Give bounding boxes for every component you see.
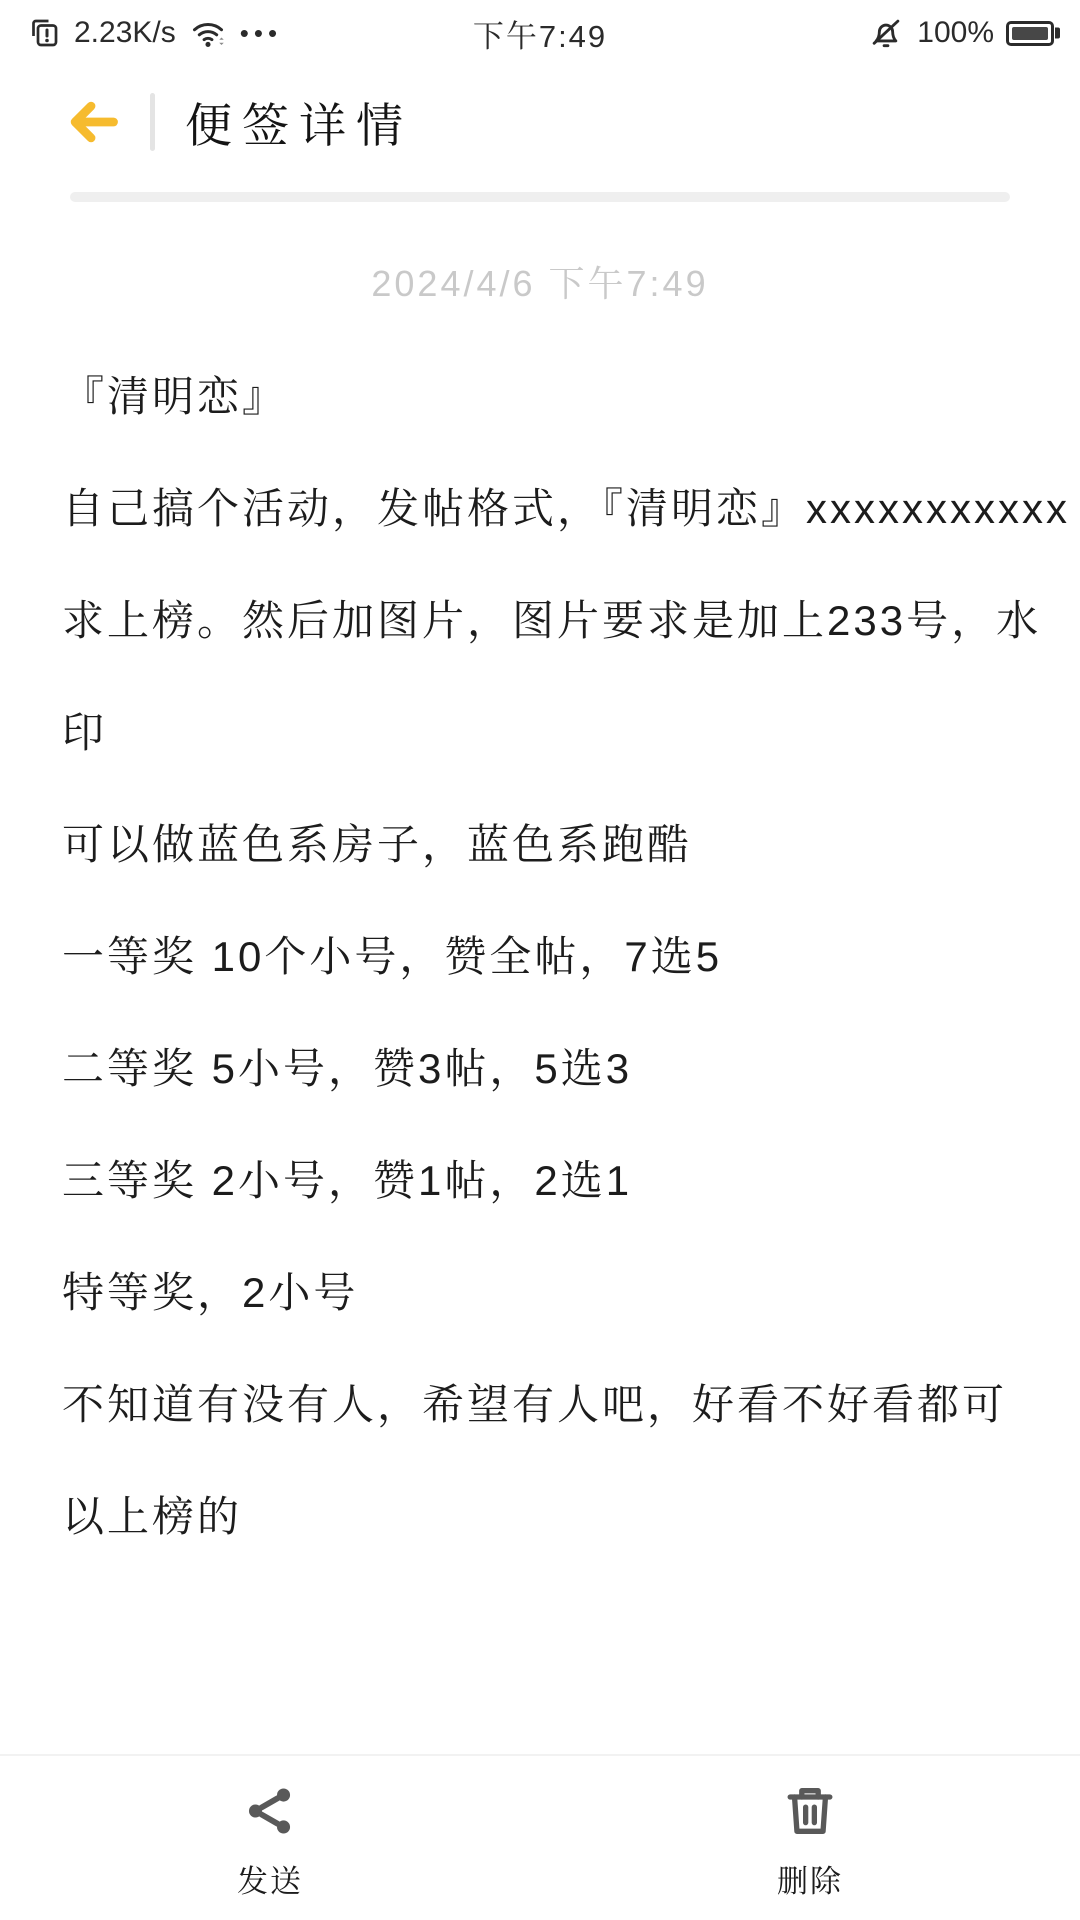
battery-tip: [1055, 28, 1060, 39]
trash-icon: [781, 1782, 839, 1840]
note-line: 一等奖 10个小号，赞全帖，7选5: [62, 901, 1018, 1013]
share-icon: [241, 1782, 299, 1840]
note-line: 二等奖 5小号，赞3帖，5选3: [62, 1013, 1018, 1125]
section-divider: [70, 192, 1010, 202]
battery-fill: [1012, 27, 1048, 40]
header: 便签详情: [0, 82, 1080, 162]
delete-label: 删除: [777, 1856, 843, 1901]
note-line: 自己搞个活动，发帖格式，『清明恋』xxxxxxxxxxx: [62, 453, 1018, 565]
note-line: 三等奖 2小号，赞1帖，2选1: [62, 1125, 1018, 1237]
header-divider: [150, 93, 155, 151]
status-bar: 2.23K/s ••• 下午7:49 100%: [0, 0, 1080, 56]
note-line: 特等奖，2小号: [62, 1237, 1018, 1349]
delete-button[interactable]: 删除: [540, 1756, 1080, 1920]
note-line: 『清明恋』: [62, 341, 1018, 453]
note-timestamp: 2024/4/6 下午7:49: [0, 256, 1080, 307]
note-line: 以上榜的: [62, 1461, 1018, 1573]
send-button[interactable]: 发送: [0, 1756, 540, 1920]
battery-icon: [1006, 21, 1054, 46]
note-line: 印: [62, 677, 1018, 789]
note-detail-screen: { "status_bar": { "network_speed": "2.23…: [0, 0, 1080, 1920]
note-line: 求上榜。然后加图片，图片要求是加上233号，水: [62, 565, 1018, 677]
back-arrow-icon: [62, 93, 124, 151]
send-label: 发送: [237, 1856, 303, 1901]
status-time: 下午7:49: [0, 11, 1080, 56]
back-button[interactable]: [62, 93, 124, 151]
note-line: 可以做蓝色系房子，蓝色系跑酷: [62, 789, 1018, 901]
page-title: 便签详情: [185, 89, 413, 156]
note-line: 不知道有没有人，希望有人吧，好看不好看都可: [62, 1349, 1018, 1461]
note-body: 『清明恋』 自己搞个活动，发帖格式，『清明恋』xxxxxxxxxxx 求上榜。然…: [62, 341, 1018, 1573]
bottom-toolbar: 发送 删除: [0, 1754, 1080, 1920]
